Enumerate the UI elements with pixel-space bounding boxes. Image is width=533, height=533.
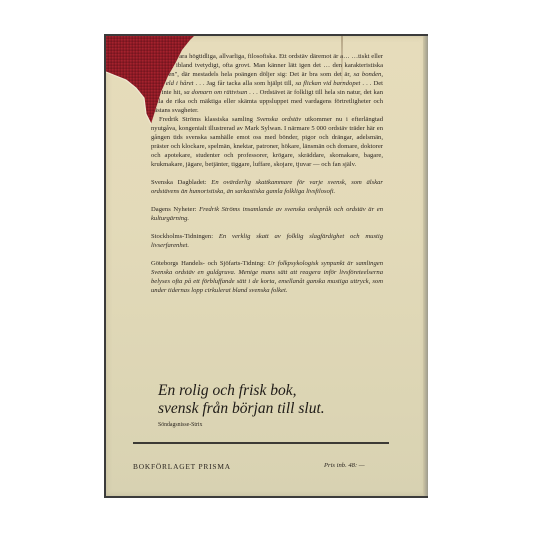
- slogan-source: Söndagsnisse-Strix: [158, 422, 202, 428]
- book-title-italic: Svenska ordstäv: [257, 116, 302, 123]
- divider-rule: [133, 442, 389, 444]
- review-st: Stockholms-Tidningen: En verklig skatt a…: [151, 232, 383, 250]
- slogan: En rolig och frisk bok, svensk från börj…: [158, 382, 408, 418]
- review-source: Dagens Nyheter:: [151, 206, 199, 213]
- cover-edge: [423, 36, 428, 496]
- review-dn: Dagens Nyheter: Fredrik Ströms insamland…: [151, 205, 383, 223]
- review-ghst: Göteborgs Handels- och Sjöfarts-Tidning:…: [151, 259, 383, 295]
- review-source: Svenska Dagbladet:: [151, 179, 211, 186]
- slogan-line-2: svensk från början till slut.: [158, 400, 408, 418]
- intro-text: . . . Jag får tacka alla som hjälpt till…: [193, 80, 295, 87]
- torn-cloth-corner: [106, 36, 196, 128]
- publisher-name: BOKFÖRLAGET PRISMA: [133, 462, 231, 471]
- book-back-cover: O… …n vara högtidliga, allvarliga, filos…: [104, 34, 428, 498]
- review-source: Göteborgs Handels- och Sjöfarts-Tidning:: [151, 260, 268, 267]
- review-svd: Svenska Dagbladet: En ovärderlig skattka…: [151, 178, 383, 196]
- slogan-line-1: En rolig och frisk bok,: [158, 382, 408, 400]
- proverb-italic: sa flickan vid barndopet: [295, 80, 360, 87]
- price-label: Pris inb. 48: —: [324, 462, 365, 469]
- review-source: Stockholms-Tidningen:: [151, 233, 219, 240]
